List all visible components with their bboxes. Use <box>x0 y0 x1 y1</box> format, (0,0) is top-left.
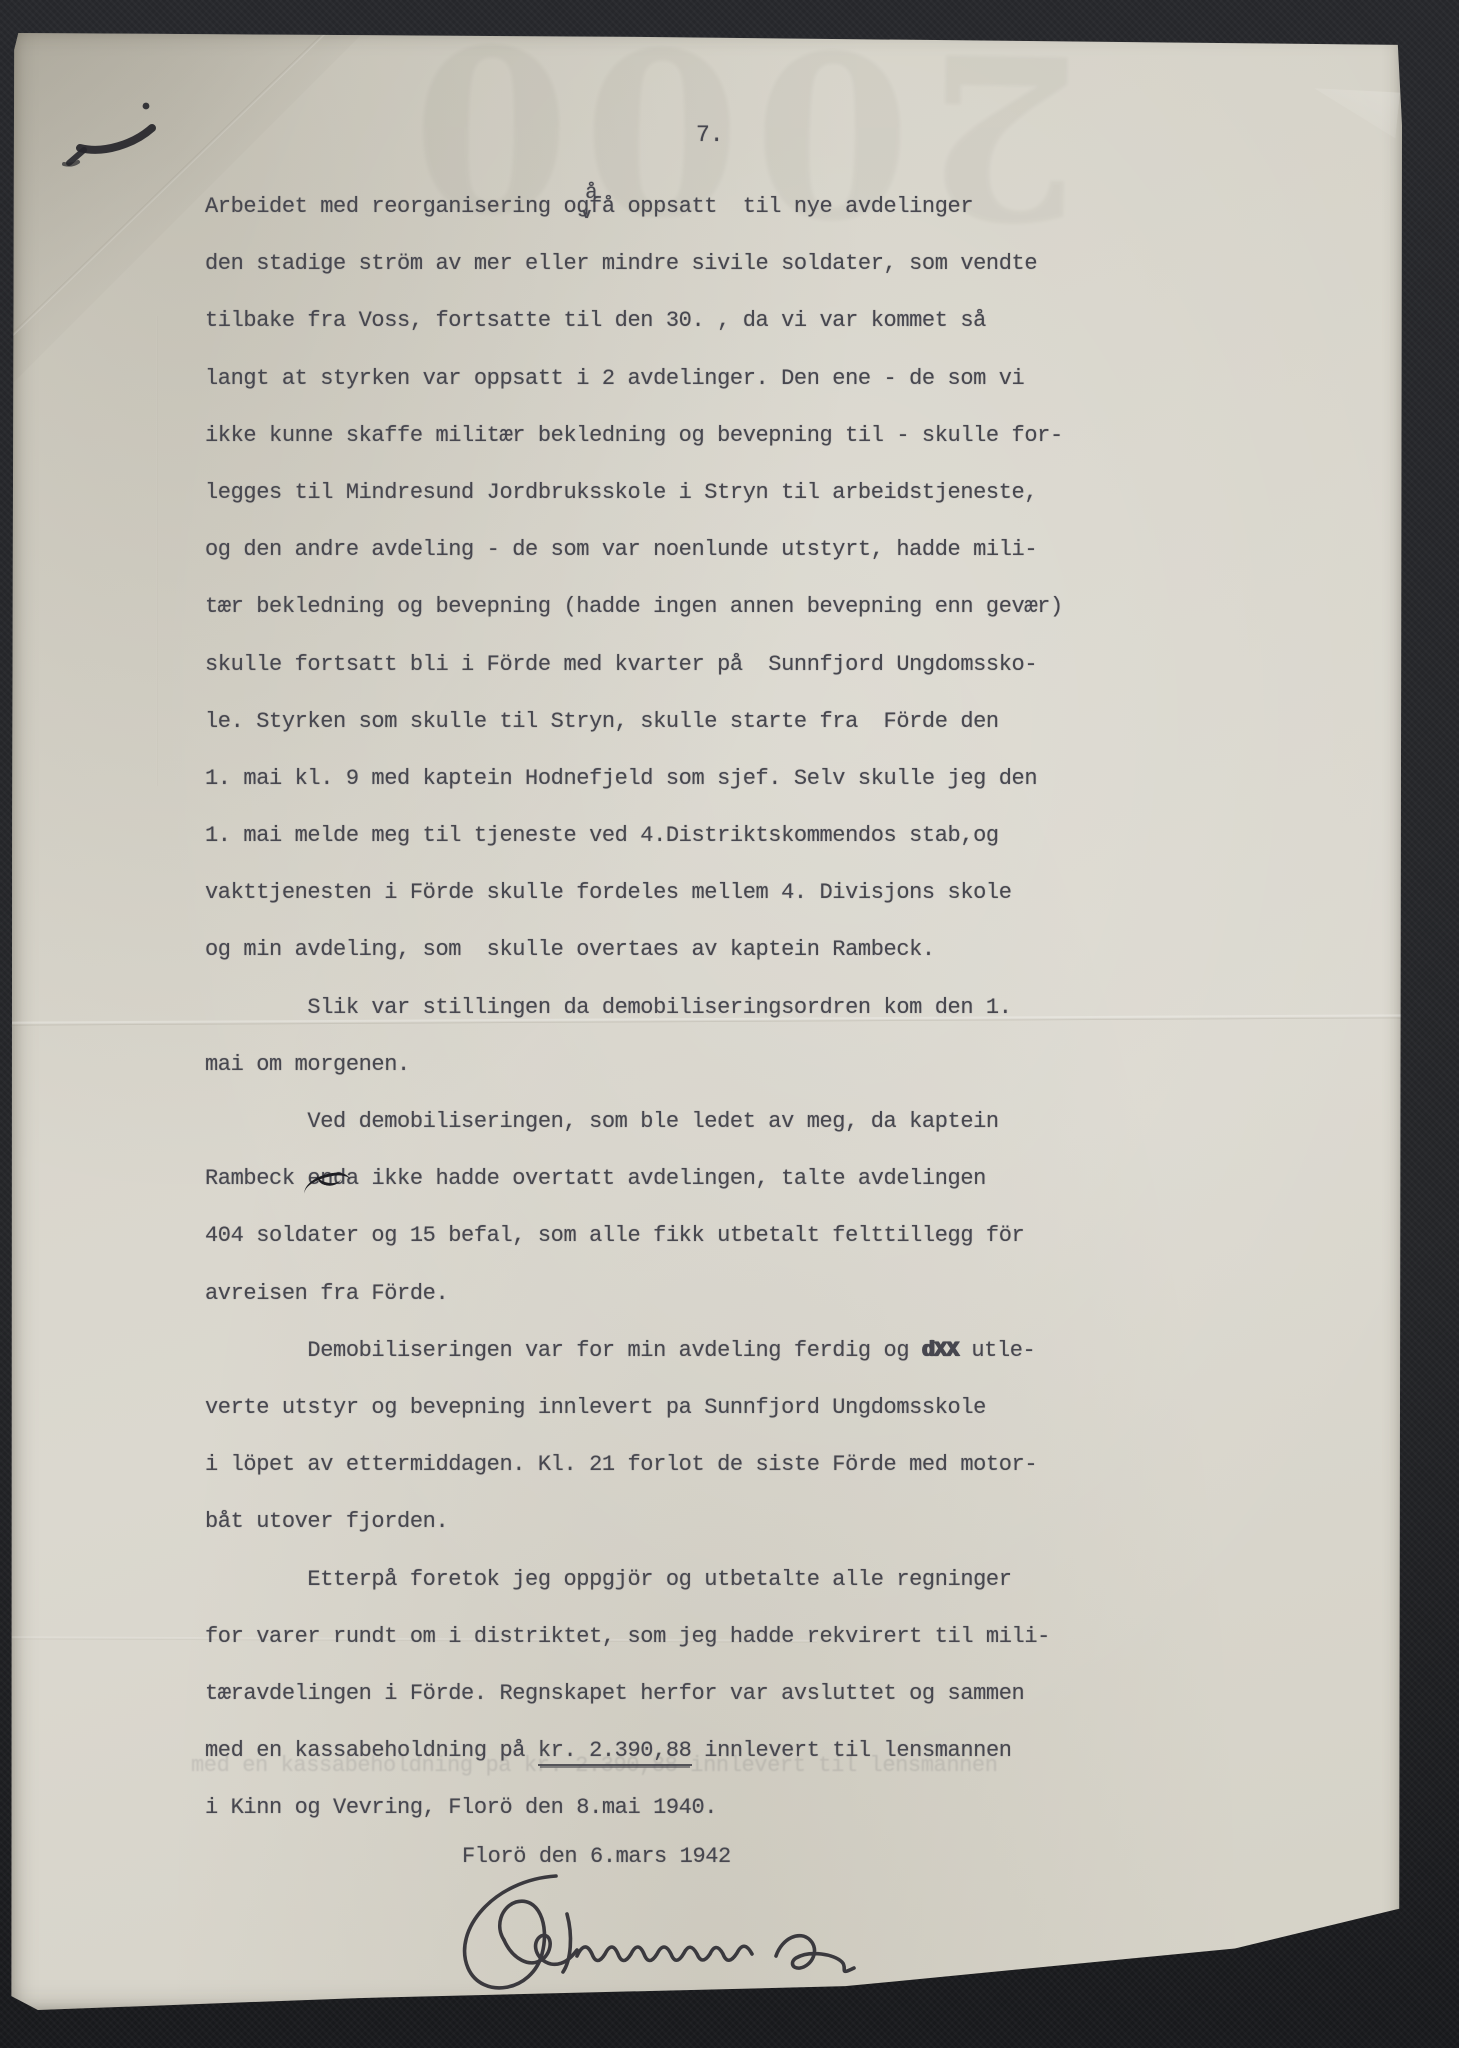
typed-line: legges til Mindresund Jordbruksskole i S… <box>205 464 1135 521</box>
typed-text: avreisen fra Förde. <box>205 1281 448 1306</box>
typed-line: vakttjenesten i Förde skulle fordeles me… <box>205 864 1135 921</box>
typed-line: mai om morgenen. <box>205 1036 1135 1093</box>
typed-text: mai om morgenen. <box>205 1052 410 1077</box>
signature <box>438 1864 868 2024</box>
typed-text: i löpet av ettermiddagen. Kl. 21 forlot … <box>205 1452 1037 1477</box>
typed-text: Arbeidet med reorganisering og <box>205 194 589 219</box>
typed-text: langt at styrken var oppsatt i 2 avdelin… <box>205 366 1024 391</box>
typed-text: Rambeck <box>205 1166 307 1191</box>
typed-line: avreisen fra Förde. <box>205 1265 1135 1322</box>
typed-text: verte utstyr og bevepning innlevert pa S… <box>205 1395 986 1420</box>
typed-text: tær bekledning og bevepning (hadde ingen… <box>205 594 1063 619</box>
typed-text: Etterpå foretok jeg oppgjör og utbetalte… <box>205 1567 1012 1592</box>
typed-text: og den andre avdeling - de som var noenl… <box>205 537 1037 562</box>
corner-fold <box>1310 84 1400 139</box>
typed-text: innlevert til lensmannen <box>692 1738 1012 1763</box>
typed-text: dXX <box>922 1338 959 1363</box>
typed-text: utle- <box>959 1338 1036 1363</box>
typed-line: den stadige ström av mer eller mindre si… <box>205 235 1135 292</box>
typed-line: og min avdeling, som skulle overtaes av … <box>205 921 1135 978</box>
typed-text: Demobiliseringen var for min avdeling fe… <box>205 1338 922 1363</box>
typed-line: i Kinn og Vevring, Florö den 8.mai 1940. <box>205 1779 1135 1836</box>
typed-text: båt utover fjorden. <box>205 1509 448 1534</box>
typed-line: Ved demobiliseringen, som ble ledet av m… <box>205 1093 1135 1150</box>
typed-line: Rambeck enda ikke hadde overtatt avdelin… <box>205 1150 1135 1207</box>
typed-line: tæravdelingen i Förde. Regnskapet herfor… <box>205 1665 1135 1722</box>
typed-text: ikke kunne skaffe militær bekledning og … <box>205 423 1063 448</box>
typed-line: ikke kunne skaffe militær bekledning og … <box>205 407 1135 464</box>
typed-text: kr. 2.390,88 <box>538 1738 692 1766</box>
scan-background: 2000 7. Arbeidet med reorganisering ogvå… <box>0 0 1459 2048</box>
typed-line: Arbeidet med reorganisering ogvåfå oppsa… <box>205 178 1135 235</box>
pencil-mark <box>50 84 210 214</box>
typed-text: 404 soldater og 15 befal, som alle fikk … <box>205 1223 1024 1248</box>
typed-text: legges til Mindresund Jordbruksskole i S… <box>205 480 1037 505</box>
typed-text: tæravdelingen i Förde. Regnskapet herfor… <box>205 1681 1024 1706</box>
typed-text: for varer rundt om i distriktet, som jeg… <box>205 1624 1050 1649</box>
typed-text: vakttjenesten i Förde skulle fordeles me… <box>205 880 1012 905</box>
typed-line: langt at styrken var oppsatt i 2 avdelin… <box>205 350 1135 407</box>
typed-text: tilbake fra Voss, fortsatte til den 30. … <box>205 308 986 333</box>
typed-text: med en kassabeholdning på <box>205 1738 538 1763</box>
typed-line: Demobiliseringen var for min avdeling fe… <box>205 1322 1135 1379</box>
typed-text: den stadige ström av mer eller mindre si… <box>205 251 1037 276</box>
page-number: 7. <box>696 122 724 148</box>
typed-line: verte utstyr og bevepning innlevert pa S… <box>205 1379 1135 1436</box>
typed-line: tilbake fra Voss, fortsatte til den 30. … <box>205 292 1135 349</box>
typed-text: 1. mai kl. 9 med kaptein Hodnefjeld som … <box>205 766 1037 791</box>
typed-text: få oppsatt til nye avdelinger <box>589 194 973 219</box>
typed-line: 404 soldater og 15 befal, som alle fikk … <box>205 1207 1135 1264</box>
typed-line: med en kassabeholdning på kr. 2.390,88 i… <box>205 1722 1135 1779</box>
typed-line: Etterpå foretok jeg oppgjör og utbetalte… <box>205 1551 1135 1608</box>
typed-text: ikke hadde overtatt avdelingen, talte av… <box>359 1166 986 1191</box>
typed-line: 1. mai melde meg til tjeneste ved 4.Dist… <box>205 807 1135 864</box>
typed-text: le. Styrken som skulle til Stryn, skulle… <box>205 709 999 734</box>
vertical-crease <box>156 316 158 786</box>
typed-line: tær bekledning og bevepning (hadde ingen… <box>205 578 1135 635</box>
typed-line: båt utover fjorden. <box>205 1493 1135 1550</box>
document-body: Arbeidet med reorganisering ogvåfå oppsa… <box>205 178 1135 1836</box>
document-page: 2000 7. Arbeidet med reorganisering ogvå… <box>10 26 1402 2012</box>
typed-line: le. Styrken som skulle til Stryn, skulle… <box>205 693 1135 750</box>
typed-line: for varer rundt om i distriktet, som jeg… <box>205 1608 1135 1665</box>
typed-line: 1. mai kl. 9 med kaptein Hodnefjeld som … <box>205 750 1135 807</box>
typed-text: 1. mai melde meg til tjeneste ved 4.Dist… <box>205 823 999 848</box>
typed-text: enda <box>307 1166 358 1191</box>
typed-text: Slik var stillingen da demobiliseringsor… <box>205 995 1012 1020</box>
typed-line: i löpet av ettermiddagen. Kl. 21 forlot … <box>205 1436 1135 1493</box>
typed-line: og den andre avdeling - de som var noenl… <box>205 521 1135 578</box>
typed-line: skulle fortsatt bli i Förde med kvarter … <box>205 636 1135 693</box>
typed-text: Ved demobiliseringen, som ble ledet av m… <box>205 1109 999 1134</box>
typed-text: i Kinn og Vevring, Florö den 8.mai 1940. <box>205 1795 717 1820</box>
typed-line: Slik var stillingen da demobiliseringsor… <box>205 979 1135 1036</box>
typed-text: og min avdeling, som skulle overtaes av … <box>205 937 935 962</box>
typed-text: skulle fortsatt bli i Förde med kvarter … <box>205 652 1037 677</box>
